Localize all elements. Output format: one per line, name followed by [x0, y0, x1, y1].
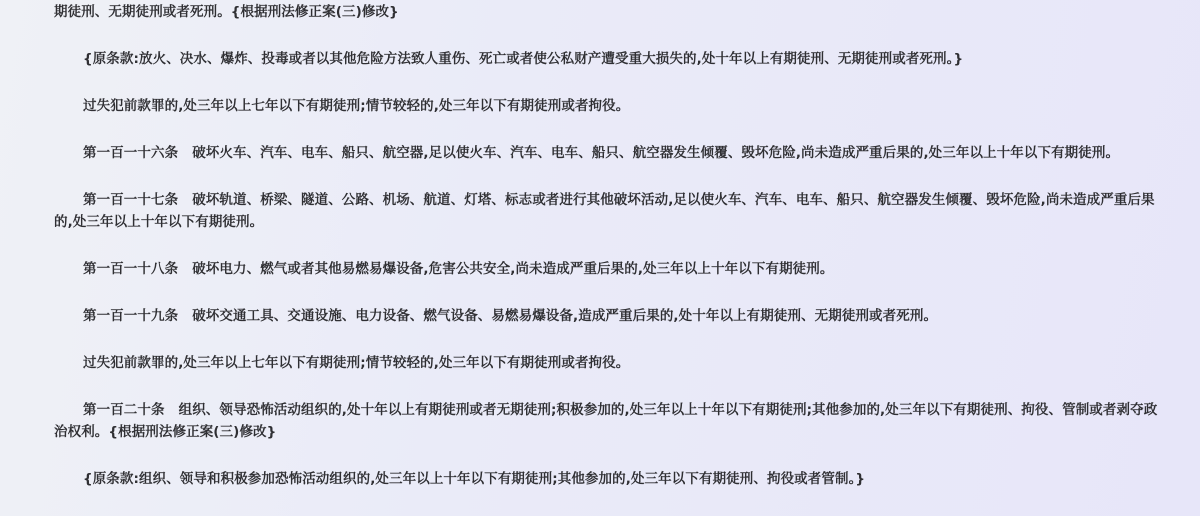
paragraph-text: 期徒刑、无期徒刑或者死刑。{根据刑法修正案(三)修改}: [54, 4, 399, 20]
article-number: 第一百一十六条: [83, 145, 178, 161]
document-page: 期徒刑、无期徒刑或者死刑。{根据刑法修正案(三)修改} {原条款:放火、决水、爆…: [0, 0, 1200, 516]
paragraph-gap: [54, 280, 1166, 305]
article-text: 破坏轨道、桥梁、隧道、公路、机场、航道、灯塔、标志或者进行其他破坏活动,足以使火…: [54, 192, 1155, 230]
article-number: 第一百一十八条: [83, 261, 178, 277]
article-text: 破坏火车、汽车、电车、船只、航空器,足以使火车、汽车、电车、船只、航空器发生倾覆…: [192, 145, 1119, 161]
paragraph-text: {原条款:组织、领导和积极参加恐怖活动组织的,处三年以上十年以下有期徒刑;其他参…: [83, 471, 865, 487]
article-119: 第一百一十九条破坏交通工具、交通设施、电力设备、燃气设备、易燃易爆设备,造成严重…: [54, 305, 1166, 327]
paragraph-clause: 过失犯前款罪的,处三年以上七年以下有期徒刑;情节较轻的,处三年以下有期徒刑或者拘…: [54, 352, 1166, 374]
article-117: 第一百一十七条破坏轨道、桥梁、隧道、公路、机场、航道、灯塔、标志或者进行其他破坏…: [54, 189, 1166, 233]
article-number: 第一百一十七条: [83, 192, 178, 208]
paragraph-gap: [54, 233, 1166, 258]
paragraph-gap: [54, 23, 1166, 48]
paragraph-gap: [54, 443, 1166, 468]
article-118: 第一百一十八条破坏电力、燃气或者其他易燃易爆设备,危害公共安全,尚未造成严重后果…: [54, 258, 1166, 280]
article-text: 破坏电力、燃气或者其他易燃易爆设备,危害公共安全,尚未造成严重后果的,处三年以上…: [192, 261, 833, 277]
paragraph-text: {原条款:放火、决水、爆炸、投毒或者以其他危险方法致人重伤、死亡或者使公私财产遭…: [83, 51, 963, 67]
article-text: 破坏交通工具、交通设施、电力设备、燃气设备、易燃易爆设备,造成严重后果的,处十年…: [192, 308, 937, 324]
paragraph-original-clause: {原条款:组织、领导和积极参加恐怖活动组织的,处三年以上十年以下有期徒刑;其他参…: [54, 468, 1166, 490]
paragraph-gap: [54, 164, 1166, 189]
law-text-body: 期徒刑、无期徒刑或者死刑。{根据刑法修正案(三)修改} {原条款:放火、决水、爆…: [54, 0, 1166, 490]
article-number: 第一百二十条: [83, 402, 165, 418]
paragraph-continuation: 期徒刑、无期徒刑或者死刑。{根据刑法修正案(三)修改}: [54, 1, 1166, 23]
paragraph-original-clause: {原条款:放火、决水、爆炸、投毒或者以其他危险方法致人重伤、死亡或者使公私财产遭…: [54, 48, 1166, 70]
paragraph-text: 过失犯前款罪的,处三年以上七年以下有期徒刑;情节较轻的,处三年以下有期徒刑或者拘…: [83, 355, 629, 371]
paragraph-gap: [54, 374, 1166, 399]
paragraph-gap: [54, 327, 1166, 352]
article-number: 第一百一十九条: [83, 308, 178, 324]
article-116: 第一百一十六条破坏火车、汽车、电车、船只、航空器,足以使火车、汽车、电车、船只、…: [54, 142, 1166, 164]
paragraph-gap: [54, 70, 1166, 95]
paragraph-text: 过失犯前款罪的,处三年以上七年以下有期徒刑;情节较轻的,处三年以下有期徒刑或者拘…: [83, 98, 629, 114]
paragraph-gap: [54, 117, 1166, 142]
paragraph-clause: 过失犯前款罪的,处三年以上七年以下有期徒刑;情节较轻的,处三年以下有期徒刑或者拘…: [54, 95, 1166, 117]
article-text: 组织、领导恐怖活动组织的,处十年以上有期徒刑或者无期徒刑;积极参加的,处三年以上…: [54, 402, 1157, 440]
article-120: 第一百二十条组织、领导恐怖活动组织的,处十年以上有期徒刑或者无期徒刑;积极参加的…: [54, 399, 1166, 443]
